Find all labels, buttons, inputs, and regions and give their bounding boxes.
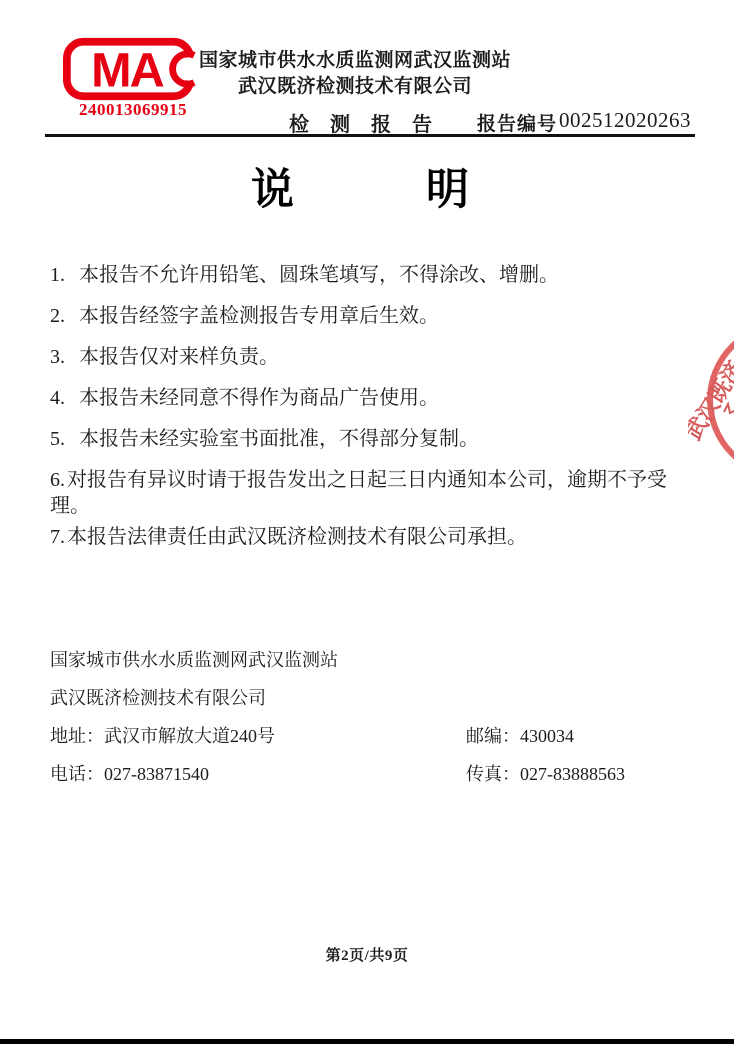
page-title: 说 明 <box>0 156 727 217</box>
contact-phone-row: 电话：027-83871540 传真：027-83888563 <box>50 762 698 800</box>
org-line-2: 武汉既济检测技术有限公司 <box>155 74 555 100</box>
contact-org-line-1: 国家城市供水水质监测网武汉监测站 <box>50 648 698 686</box>
contact-block: 国家城市供水水质监测网武汉监测站 武汉既济检测技术有限公司 地址：武汉市解放大道… <box>50 648 698 800</box>
address-value: 武汉市解放大道240号 <box>104 726 275 746</box>
note-item-1: 1.本报告不允许用铅笔、圆珠笔填写，不得涂改、增删。 <box>50 262 698 289</box>
scan-edge-bar <box>0 1039 734 1044</box>
note-number: 7. <box>50 524 65 550</box>
note-text: 本报告仅对来样负责。 <box>79 346 279 368</box>
fax-value: 027-83888563 <box>520 764 625 784</box>
page-title-char-right: 明 <box>426 156 469 217</box>
seal-text: 武汉既济 <box>688 356 734 444</box>
note-text: 本报告经签字盖检测报告专用章后生效。 <box>79 305 439 327</box>
note-item-3: 3.本报告仅对来样负责。 <box>50 344 698 371</box>
note-number: 6. <box>50 467 65 493</box>
note-item-4: 4.本报告未经同意不得作为商品广告使用。 <box>50 385 698 412</box>
header-organisation: 国家城市供水水质监测网武汉监测站 武汉既济检测技术有限公司 <box>155 48 555 100</box>
fax-label: 传真： <box>466 764 520 784</box>
header-divider <box>45 134 695 137</box>
note-text: 本报告法律责任由武汉既济检测技术有限公司承担。 <box>67 526 527 548</box>
notes-list: 1.本报告不允许用铅笔、圆珠笔填写，不得涂改、增删。 2.本报告经签字盖检测报告… <box>50 262 698 555</box>
official-seal-fragment-icon: 武汉既济 <box>688 320 734 480</box>
fax-cell: 传真：027-83888563 <box>466 762 625 786</box>
report-page: MA 240013069915 国家城市供水水质监测网武汉监测站 武汉既济检测技… <box>0 0 734 1044</box>
cma-logo-letters: MA <box>91 43 164 97</box>
phone-label: 电话： <box>50 764 104 784</box>
postcode-label: 邮编： <box>466 726 520 746</box>
org-line-1: 国家城市供水水质监测网武汉监测站 <box>155 48 555 74</box>
postcode-value: 430034 <box>520 726 574 746</box>
contact-address-row: 地址：武汉市解放大道240号 邮编：430034 <box>50 724 698 762</box>
note-item-2: 2.本报告经签字盖检测报告专用章后生效。 <box>50 303 698 330</box>
report-type-title: 检 测 报 告 <box>289 108 440 137</box>
note-item-7: 7.本报告法律责任由武汉既济检测技术有限公司承担。 <box>50 524 698 550</box>
note-number: 2. <box>50 303 65 330</box>
phone-value: 027-83871540 <box>104 764 209 784</box>
note-text: 本报告不允许用铅笔、圆珠笔填写，不得涂改、增删。 <box>79 264 559 286</box>
note-item-5: 5.本报告未经实验室书面批准，不得部分复制。 <box>50 426 698 453</box>
report-number-value: 002512020263 <box>559 108 691 133</box>
postcode-cell: 邮编：430034 <box>466 724 574 748</box>
note-number: 3. <box>50 344 65 371</box>
note-number: 5. <box>50 426 65 453</box>
note-text: 本报告未经实验室书面批准，不得部分复制。 <box>79 428 479 450</box>
note-text: 本报告未经同意不得作为商品广告使用。 <box>79 387 439 409</box>
page-indicator: 第2页/共9页 <box>0 944 734 965</box>
note-text: 对报告有异议时请于报告发出之日起三日内通知本公司，逾期不予受理。 <box>50 469 667 517</box>
note-item-6: 6.对报告有异议时请于报告发出之日起三日内通知本公司，逾期不予受理。 <box>50 467 698 519</box>
report-number-label: 报告编号 <box>477 109 557 136</box>
page-title-char-left: 说 <box>251 156 294 217</box>
note-number: 4. <box>50 385 65 412</box>
note-number: 1. <box>50 262 65 289</box>
contact-org-line-2: 武汉既济检测技术有限公司 <box>50 686 698 724</box>
report-title-row: 检 测 报 告 报告编号 002512020263 <box>0 108 734 132</box>
address-label: 地址： <box>50 726 104 746</box>
